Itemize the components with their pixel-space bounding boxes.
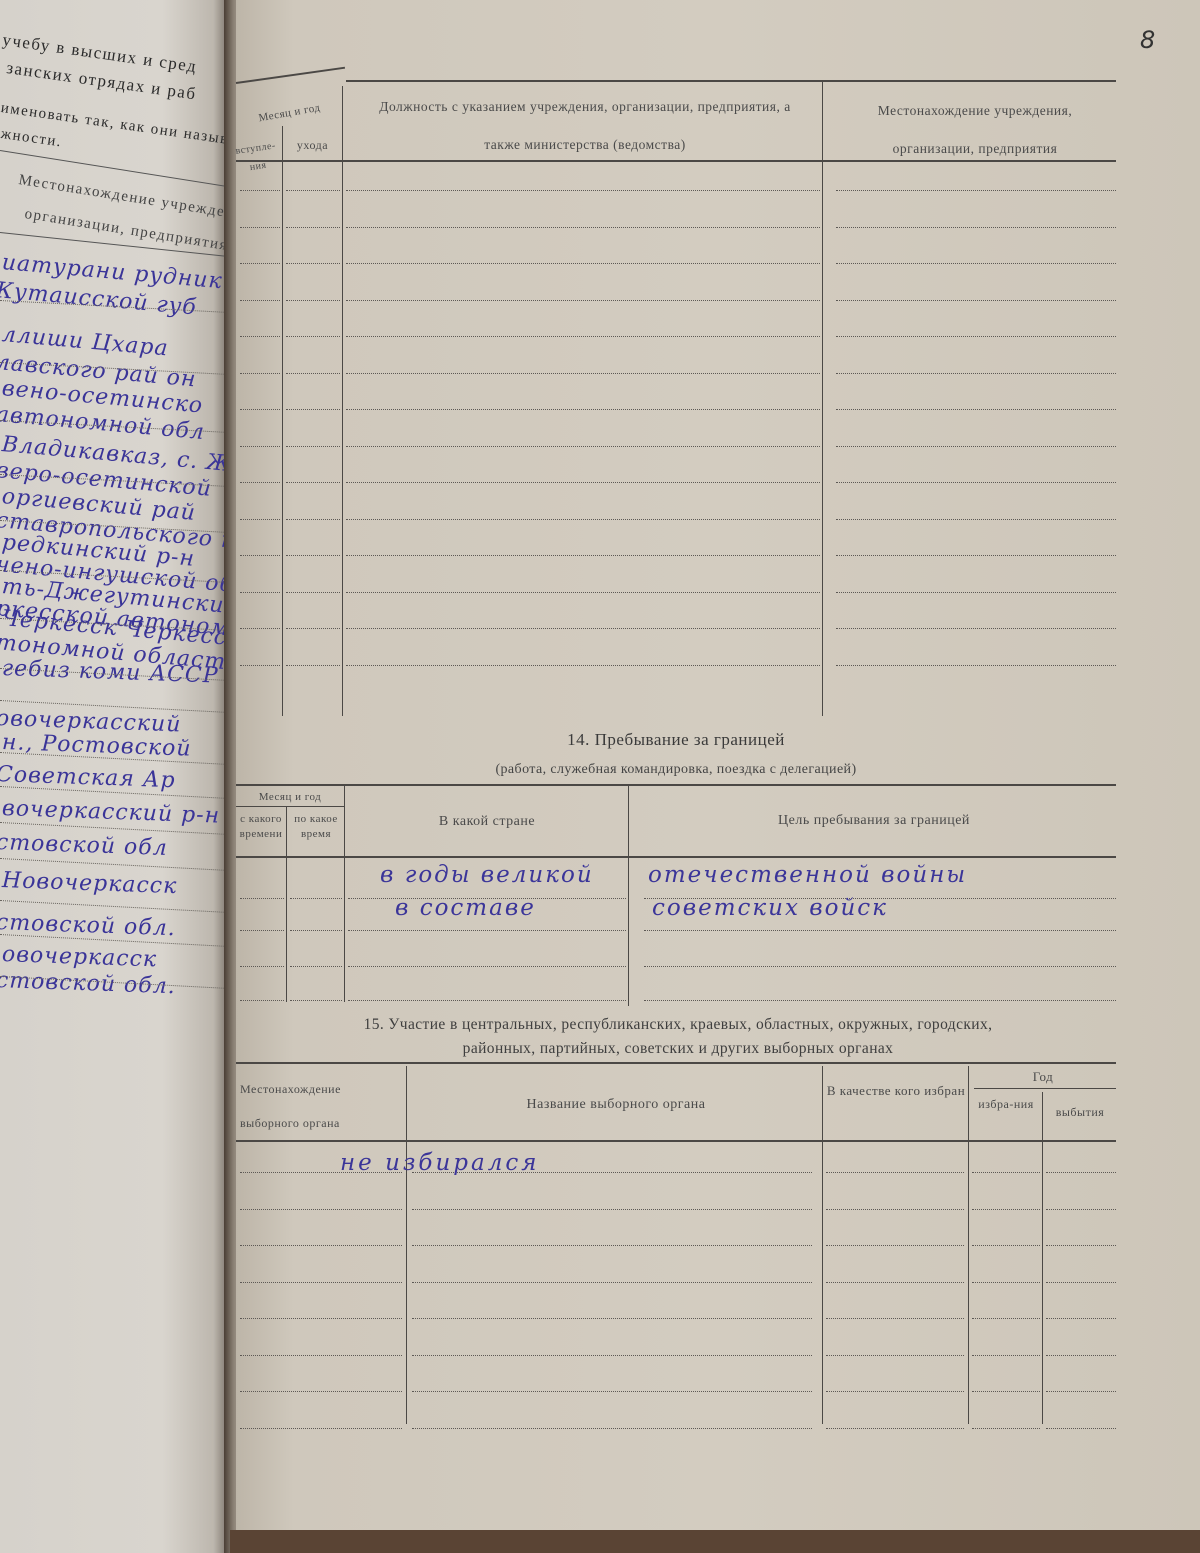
- row-line: [346, 190, 820, 191]
- row-line: [286, 592, 340, 593]
- row-line: [346, 555, 820, 556]
- header-entry: вступле-ния: [230, 137, 285, 180]
- handwritten-entry: овочеркасск: [2, 942, 158, 972]
- column-divider: [344, 786, 345, 1002]
- row-line: [240, 336, 280, 337]
- row-line: [286, 482, 340, 483]
- handwritten-entry: стовской обл.: [0, 910, 176, 941]
- column-divider: [1042, 1092, 1043, 1424]
- row-line: [412, 1318, 812, 1319]
- row-line: [286, 628, 340, 629]
- header-location: Местонахождение учреждения, организации,…: [845, 92, 1105, 168]
- row-line: [240, 300, 280, 301]
- header-name: Название выборного органа: [410, 1096, 822, 1114]
- row-line: [240, 1245, 402, 1246]
- page-number: 8: [1140, 26, 1155, 54]
- header-left: выбытия: [1044, 1103, 1116, 1121]
- row-line: [836, 592, 1116, 593]
- handwritten-entry: Советская Ар: [0, 762, 176, 793]
- row-line: [644, 1000, 1116, 1001]
- row-line: [286, 519, 340, 520]
- row-line: [836, 300, 1116, 301]
- header-elected: избра-ния: [970, 1096, 1042, 1112]
- row-line: [412, 1391, 812, 1392]
- row-line: [286, 665, 340, 666]
- row-line: [348, 1000, 626, 1001]
- row-line: [972, 1172, 1040, 1173]
- header-month-year: Месяц и год: [240, 788, 340, 806]
- header-location: Местонахождение выборного органа: [240, 1072, 390, 1140]
- header-role: В качестве кого избран: [826, 1074, 966, 1108]
- row-line: [346, 446, 820, 447]
- row-line: [346, 263, 820, 264]
- row-line: [412, 1245, 812, 1246]
- row-line: [240, 1355, 402, 1356]
- row-line: [240, 373, 280, 374]
- row-line: [240, 263, 280, 264]
- header-position: Должность с указанием учреждения, органи…: [360, 88, 810, 164]
- row-line: [286, 300, 340, 301]
- row-line: [348, 930, 626, 931]
- row-line: [826, 1282, 964, 1283]
- handwritten-purpose: советских войск: [652, 895, 888, 921]
- row-line: [836, 227, 1116, 228]
- row-line: [286, 373, 340, 374]
- header-bottom-rule: [236, 856, 1116, 858]
- header-from: с какого времени: [236, 812, 286, 842]
- row-line: [826, 1245, 964, 1246]
- row-line: [346, 373, 820, 374]
- row-line: [240, 592, 280, 593]
- row-line: [346, 519, 820, 520]
- row-line: [346, 336, 820, 337]
- book-edge: [230, 1530, 1200, 1553]
- row-line: [644, 966, 1116, 967]
- row-line: [346, 482, 820, 483]
- left-print-line: жности.: [0, 126, 63, 151]
- table-top-rule: [236, 784, 1116, 786]
- row-line: [1046, 1245, 1116, 1246]
- column-divider: [968, 1066, 969, 1424]
- row-line: [240, 1282, 402, 1283]
- row-line: [346, 592, 820, 593]
- section14-title: 14. Пребывание за границей: [236, 730, 1116, 750]
- handwritten-purpose: отечественной войны: [648, 862, 967, 888]
- row-line: [1046, 1209, 1116, 1210]
- row-line: [836, 519, 1116, 520]
- row-line: [972, 1318, 1040, 1319]
- column-divider: [282, 126, 283, 716]
- handwritten-not-elected: не избирался: [340, 1150, 539, 1176]
- row-line: [836, 263, 1116, 264]
- row-line: [826, 1172, 964, 1173]
- row-line: [836, 446, 1116, 447]
- row-line: [240, 482, 280, 483]
- row-line: [836, 373, 1116, 374]
- row-line: [826, 1318, 964, 1319]
- left-page: учебу в высших и сред занских отрядах и …: [0, 0, 232, 1553]
- row-line: [1046, 1391, 1116, 1392]
- row-line: [1046, 1172, 1116, 1173]
- handwritten-entry: Новочеркасск: [2, 868, 178, 899]
- row-line: [836, 409, 1116, 410]
- row-line: [240, 1318, 402, 1319]
- row-line: [240, 190, 280, 191]
- row-line: [412, 1209, 812, 1210]
- row-line: [836, 336, 1116, 337]
- row-line: [286, 263, 340, 264]
- column-divider: [628, 786, 629, 1006]
- handwritten-entry: стовской обл: [0, 830, 168, 861]
- header-purpose: Цель пребывания за границей: [632, 812, 1116, 830]
- row-line: [240, 1209, 402, 1210]
- row-line: [240, 519, 280, 520]
- row-line: [1046, 1355, 1116, 1356]
- row-line: [972, 1209, 1040, 1210]
- row-line: [412, 1282, 812, 1283]
- row-line: [346, 227, 820, 228]
- row-line: [972, 1282, 1040, 1283]
- row-line: [348, 966, 626, 967]
- row-line: [290, 930, 342, 931]
- row-line: [644, 930, 1116, 931]
- row-line: [240, 1000, 284, 1001]
- row-line: [286, 446, 340, 447]
- header-country: В какой стране: [346, 813, 628, 831]
- row-line: [412, 1428, 812, 1429]
- row-line: [1046, 1282, 1116, 1283]
- table-top-rule: [346, 80, 1116, 82]
- row-line: [346, 665, 820, 666]
- row-line: [286, 409, 340, 410]
- header-year: Год: [970, 1068, 1116, 1086]
- row-line: [240, 898, 284, 899]
- row-line: [836, 482, 1116, 483]
- row-line: [286, 227, 340, 228]
- row-line: [290, 966, 342, 967]
- section15-title: 15. Участие в центральных, республиканск…: [238, 1016, 1118, 1034]
- row-line: [286, 555, 340, 556]
- row-line: [290, 1000, 342, 1001]
- rule: [974, 1088, 1116, 1089]
- row-line: [1046, 1428, 1116, 1429]
- row-line: [826, 1209, 964, 1210]
- row-line: [286, 190, 340, 191]
- column-divider: [822, 80, 823, 716]
- row-line: [346, 628, 820, 629]
- row-line: [972, 1245, 1040, 1246]
- header-to: по какое время: [288, 812, 344, 842]
- row-line: [240, 227, 280, 228]
- row-line: [972, 1391, 1040, 1392]
- column-divider: [822, 1066, 823, 1424]
- row-line: [836, 555, 1116, 556]
- table-top-rule: [236, 1062, 1116, 1064]
- row-line: [240, 628, 280, 629]
- row-line: [286, 336, 340, 337]
- row-line: [826, 1428, 964, 1429]
- row-line: [826, 1391, 964, 1392]
- row-line: [346, 409, 820, 410]
- row-line: [836, 190, 1116, 191]
- column-divider: [406, 1066, 407, 1424]
- header-leave: ухода: [285, 136, 340, 154]
- section15-title: районных, партийных, советских и других …: [238, 1040, 1118, 1058]
- section14-subtitle: (работа, служебная командировка, поездка…: [236, 762, 1116, 778]
- row-line: [346, 300, 820, 301]
- row-line: [290, 898, 342, 899]
- row-line: [836, 628, 1116, 629]
- header-bottom-rule: [236, 160, 1116, 162]
- handwritten-country: в годы великой: [380, 862, 594, 888]
- column-divider: [342, 86, 343, 716]
- header-bottom-rule: [236, 1140, 1116, 1142]
- row-line: [836, 665, 1116, 666]
- row-line: [412, 1355, 812, 1356]
- row-line: [240, 446, 280, 447]
- row-line: [240, 1391, 402, 1392]
- row-line: [240, 930, 284, 931]
- row-line: [972, 1355, 1040, 1356]
- rule: [236, 806, 344, 807]
- row-line: [240, 966, 284, 967]
- row-line: [240, 1428, 402, 1429]
- column-divider: [286, 806, 287, 1002]
- row-line: [972, 1428, 1040, 1429]
- row-line: [240, 555, 280, 556]
- row-line: [240, 409, 280, 410]
- row-line: [240, 665, 280, 666]
- handwritten-country: в составе: [395, 895, 536, 921]
- row-line: [1046, 1318, 1116, 1319]
- row-line: [826, 1355, 964, 1356]
